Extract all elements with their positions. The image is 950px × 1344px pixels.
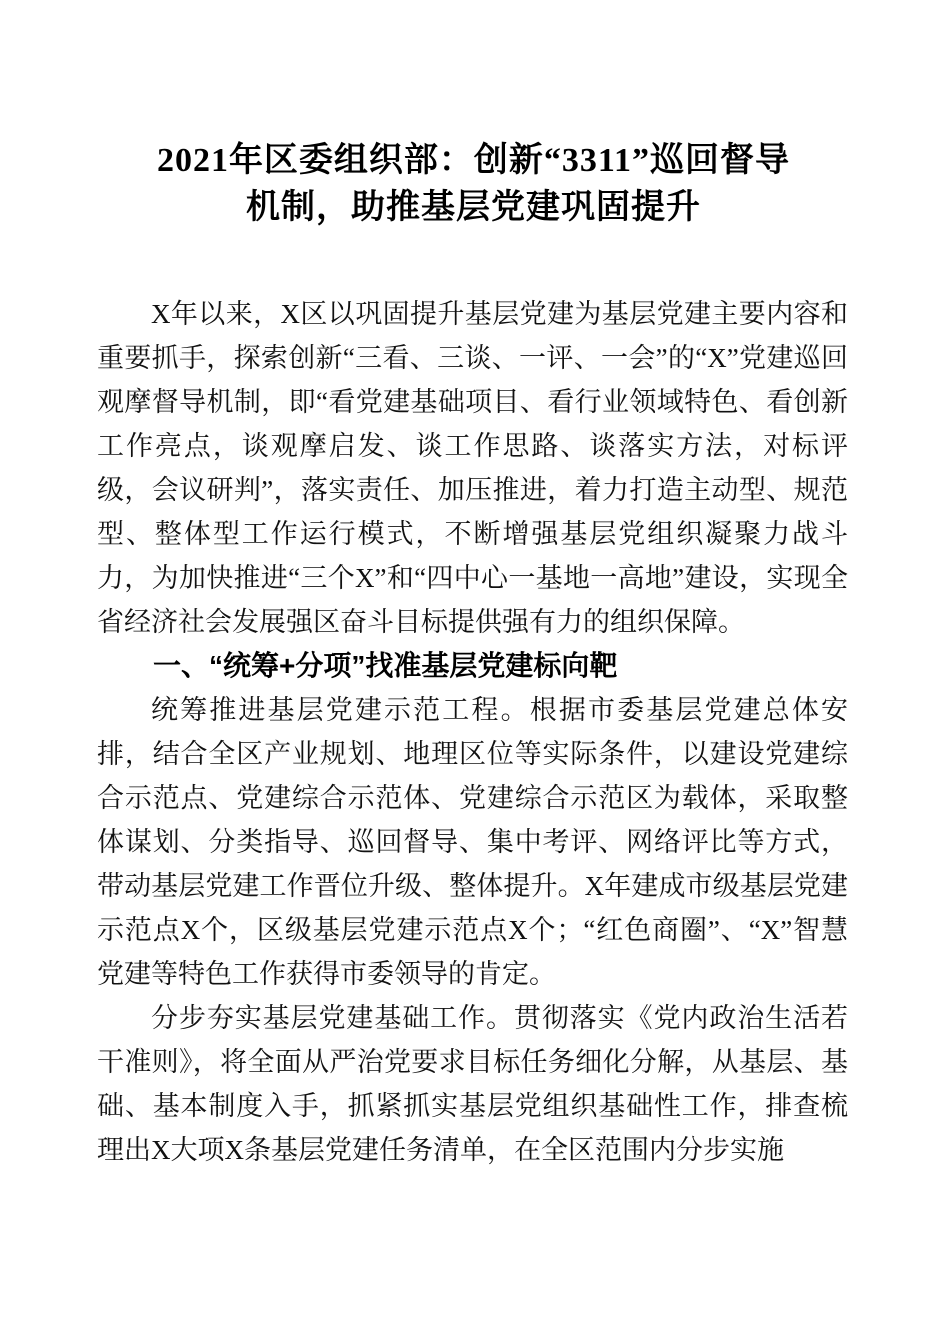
section-heading-1: 一、“统筹+分项”找准基层党建标向靶 [97, 644, 848, 688]
document-body: X年以来，X区以巩固提升基层党建为基层党建主要内容和重要抓手，探索创新“三看、三… [97, 292, 848, 1172]
body-paragraph-2: 分步夯实基层党建基础工作。贯彻落实《党内政治生活若干准则》，将全面从严治党要求目… [97, 996, 848, 1172]
title-line-1: 2021年区委组织部：创新“3311”巡回督导 [97, 137, 850, 184]
intro-paragraph: X年以来，X区以巩固提升基层党建为基层党建主要内容和重要抓手，探索创新“三看、三… [97, 292, 848, 644]
body-paragraph-1: 统筹推进基层党建示范工程。根据市委基层党建总体安排，结合全区产业规划、地理区位等… [97, 688, 848, 996]
document-title: 2021年区委组织部：创新“3311”巡回督导 机制，助推基层党建巩固提升 [97, 137, 850, 231]
title-line-2: 机制，助推基层党建巩固提升 [97, 184, 850, 231]
document-page: 2021年区委组织部：创新“3311”巡回督导 机制，助推基层党建巩固提升 X年… [0, 0, 950, 1344]
